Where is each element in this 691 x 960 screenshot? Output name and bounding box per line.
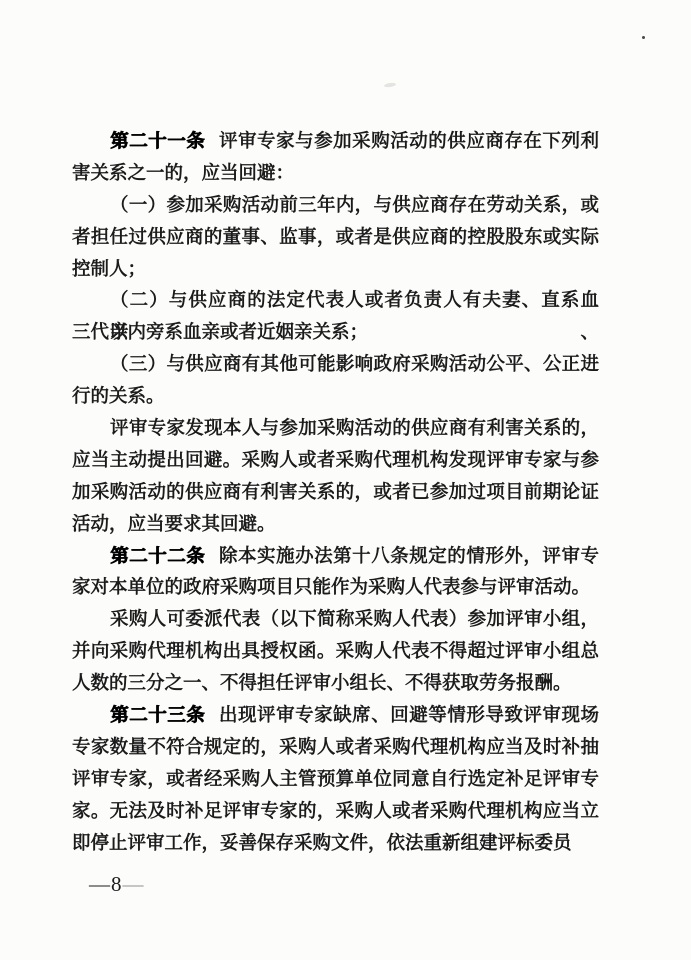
line-text: 评审专家，或者经采购人主管预算单位同意自行选定补足评审专: [72, 770, 599, 790]
page-number-dash-left: —: [89, 872, 110, 896]
text-line: 加采购活动的供应商有利害关系的，或者已参加过项目前期论证: [72, 478, 599, 510]
article-number: 第二十三条: [110, 706, 205, 726]
page-footer: —8—: [89, 872, 144, 897]
text-line: 专家数量不符合规定的，采购人或者采购代理机构应当及时补抽: [72, 733, 599, 765]
text-line: 家对本单位的政府采购项目只能作为采购人代表参与评审活动。: [72, 573, 599, 605]
line-text: 评审专家发现本人与参加采购活动的供应商有利害关系的，: [110, 419, 599, 439]
text-line: 者担任过供应商的董事、监事，或者是供应商的控股股东或实际: [72, 223, 599, 255]
line-text: 加采购活动的供应商有利害关系的，或者已参加过项目前期论证: [72, 483, 599, 503]
text-line: 评审专家，或者经采购人主管预算单位同意自行选定补足评审专: [72, 765, 599, 797]
text-line: 害关系之一的，应当回避：: [72, 159, 599, 191]
document-page: 第二十一条评审专家与参加采购活动的供应商存在下列利害关系之一的，应当回避：（一）…: [0, 0, 691, 960]
text-line: 第二十三条出现评审专家缺席、回避等情形导致评审现场: [72, 701, 599, 733]
line-text: 即停止评审工作，妥善保存采购文件，依法重新组建评标委员: [72, 834, 572, 854]
article-number: 第二十二条: [110, 547, 205, 567]
line-text: 除本实施办法第十八条规定的情形外，评审专: [219, 547, 599, 567]
line-text: 者担任过供应商的董事、监事，或者是供应商的控股股东或实际: [72, 228, 599, 248]
line-text: 评审专家与参加采购活动的供应商存在下列利: [219, 132, 599, 152]
page-number: 8: [111, 872, 122, 896]
text-line: 控制人；: [72, 255, 599, 287]
line-text: （一）参加采购活动前三年内，与供应商存在劳动关系，或: [110, 196, 599, 216]
text-line: 应当主动提出回避。采购人或者采购代理机构发现评审专家与参: [72, 446, 599, 478]
text-line: （三）与供应商有其他可能影响政府采购活动公平、公正进: [72, 350, 599, 382]
line-text: 家。无法及时补足评审专家的，采购人或者采购代理机构应当立: [72, 802, 599, 822]
line-text: 并向采购代理机构出具授权函。采购人代表不得超过评审小组总: [72, 642, 599, 662]
line-text: 家对本单位的政府采购项目只能作为采购人代表参与评审活动。: [72, 578, 590, 598]
text-line: （一）参加采购活动前三年内，与供应商存在劳动关系，或: [72, 191, 599, 223]
text-line: 第二十二条除本实施办法第十八条规定的情形外，评审专: [72, 542, 599, 574]
text-line: 第二十一条评审专家与参加采购活动的供应商存在下列利: [72, 127, 599, 159]
text-line: 活动，应当要求其回避。: [72, 510, 599, 542]
line-text: 害关系之一的，应当回避：: [72, 164, 294, 184]
line-text: （三）与供应商有其他可能影响政府采购活动公平、公正进: [110, 355, 599, 375]
line-text: 专家数量不符合规定的，采购人或者采购代理机构应当及时补抽: [72, 738, 599, 758]
text-line: 人数的三分之一、不得担任评审小组长、不得获取劳务报酬。: [72, 669, 599, 701]
line-text: 采购人可委派代表（以下简称采购人代表）参加评审小组，: [110, 610, 599, 630]
scan-speck: [642, 36, 645, 39]
document-body: 第二十一条评审专家与参加采购活动的供应商存在下列利害关系之一的，应当回避：（一）…: [72, 127, 599, 860]
text-line: 并向采购代理机构出具授权函。采购人代表不得超过评审小组总: [72, 637, 599, 669]
line-text: 控制人；: [72, 260, 146, 280]
line-text: 三代以内旁系血亲或者近姻亲关系；: [72, 323, 368, 343]
text-line: 采购人可委派代表（以下简称采购人代表）参加评审小组，: [72, 605, 599, 637]
line-text: 出现评审专家缺席、回避等情形导致评审现场: [219, 706, 599, 726]
text-line: 评审专家发现本人与参加采购活动的供应商有利害关系的，: [72, 414, 599, 446]
text-line: 家。无法及时补足评审专家的，采购人或者采购代理机构应当立: [72, 797, 599, 829]
text-line: 行的关系。: [72, 382, 599, 414]
line-text: 应当主动提出回避。采购人或者采购代理机构发现评审专家与参: [72, 451, 599, 471]
line-text: 行的关系。: [72, 387, 165, 407]
text-line: （二）与供应商的法定代表人或者负责人有夫妻、直系血亲、: [72, 286, 599, 318]
scan-smudge: [384, 82, 396, 88]
text-line: 即停止评审工作，妥善保存采购文件，依法重新组建评标委员: [72, 829, 599, 861]
line-text: 活动，应当要求其回避。: [72, 515, 276, 535]
page-number-dash-right: —: [123, 872, 144, 896]
article-number: 第二十一条: [110, 132, 205, 152]
line-text: 人数的三分之一、不得担任评审小组长、不得获取劳务报酬。: [72, 674, 572, 694]
